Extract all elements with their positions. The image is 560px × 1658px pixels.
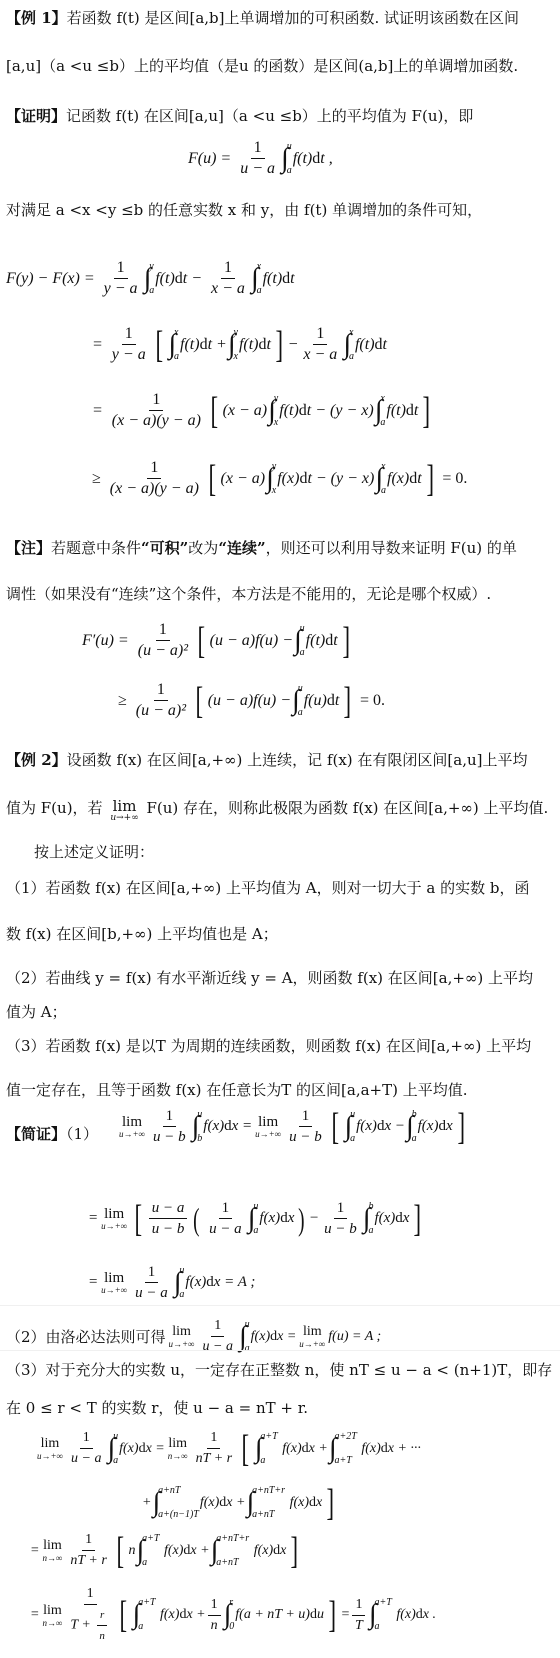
proof1-line2: 对满足 a <x <y ≤b 的任意实数 x 和 y，由 f(t) 单调增加的条… bbox=[6, 200, 482, 220]
note-line2: 调性（如果没有“连续”这个条件，本方法是不能用的，无论是哪个权威）. bbox=[6, 584, 491, 604]
brief-proof-part3-line1: （3）对于充分大的实数 u，一定存在正整数 n，使 nT ≤ u − a < (… bbox=[6, 1360, 552, 1380]
limit-operator: limu→+∞ bbox=[110, 798, 138, 823]
proof-step-2: = 1y − a [∫xaf(t)dt + ∫yxf(t)dt] − 1x − … bbox=[92, 324, 387, 365]
note-derivative-step-1: F′(u) = 1(u − a)² [(u − a)f(u) −∫uaf(t)d… bbox=[82, 620, 354, 661]
example2-item1-line1: （1）若函数 f(x) 在区间[a,+∞) 上平均值为 A，则对一切大于 a 的… bbox=[6, 878, 530, 898]
example2-item2-line1: （2）若曲线 y = f(x) 有水平渐近线 y = A，则函数 f(x) 在区… bbox=[6, 968, 533, 988]
brief-proof-part1-step3: =limu→+∞ 1u − a ∫uaf(x)dx = A ; bbox=[88, 1262, 255, 1303]
example1-line1: 【例 1】若函数 f(t) 是区间[a,b]上单调增加的可积函数. 试证明该函数… bbox=[6, 8, 519, 28]
limit-subscript: u→+∞ bbox=[110, 814, 138, 823]
note-derivative-step-2: ≥ 1(u − a)² [(u − a)f(u) −∫uaf(u)dt] = 0… bbox=[118, 680, 385, 721]
note-text-c: ，则还可以利用导数来证明 F(u) 的单 bbox=[266, 539, 517, 557]
example2-line2: 值为 F(u)，若 limu→+∞ F(u) 存在，则称此极限为函数 f(x) … bbox=[6, 798, 548, 823]
proof1-line1: 【证明】记函数 f(t) 在区间[a,u]（a <u ≤b）上的平均值为 F(u… bbox=[6, 106, 473, 126]
example2-item3-line2: 值一定存在，且等于函数 f(x) 在任意长为T 的区间[a,a+T) 上平均值. bbox=[6, 1080, 468, 1100]
brief-proof-label: 【简证】 bbox=[6, 1125, 66, 1143]
brief-proof-part2-text: （2）由洛必达法则可得 bbox=[6, 1327, 166, 1347]
example2-item3-line1: （3）若函数 f(x) 是以T 为周期的连续函数，则函数 f(x) 在区间[a,… bbox=[6, 1036, 531, 1056]
brief-proof-part1-step1: limu→+∞ 1u − b ∫ubf(x)dx = limu→+∞ 1u − … bbox=[116, 1106, 469, 1147]
example2-text-a: 值为 F(u)，若 bbox=[6, 799, 103, 817]
example1-label: 【例 1】 bbox=[6, 9, 67, 27]
note-line1: 【注】若题意中条件“可积”改为“连续”，则还可以利用导数来证明 F(u) 的单 bbox=[6, 538, 517, 558]
example2-intro: 按上述定义证明： bbox=[34, 842, 154, 862]
example2-line1: 【例 2】设函数 f(x) 在区间[a,+∞) 上连续，记 f(x) 在有限闭区… bbox=[6, 750, 528, 770]
note-keyword-integrable: “可积” bbox=[141, 539, 188, 557]
note-label: 【注】 bbox=[6, 539, 51, 557]
example2-label: 【例 2】 bbox=[6, 751, 67, 769]
brief-proof-part1-step2: =limu→+∞ [u − au − b (1u − a ∫uaf(x)dx) … bbox=[88, 1198, 426, 1239]
brief-proof-part3-step1: limu→+∞ 1u − a ∫uaf(x)dx = limn→∞ 1nT + … bbox=[34, 1428, 421, 1469]
note-keyword-continuous: “连续” bbox=[218, 539, 265, 557]
equation-average-definition: F(u) = 1u − a ∫ua f(t)dt , bbox=[188, 138, 333, 179]
brief-proof-part3-step4: =limn→∞ 1T + rn [∫a+Ta f(x)dx + 1n ∫r0f(… bbox=[30, 1584, 436, 1646]
divider bbox=[0, 1305, 560, 1306]
divider bbox=[0, 1350, 560, 1351]
proof-step-3: = 1(x − a)(y − a) [(x − a)∫yxf(t)dt − (y… bbox=[92, 390, 435, 431]
example2-item1-line2: 数 f(x) 在区间[b,+∞) 上平均值也是 A； bbox=[6, 924, 278, 944]
example2-text: 设函数 f(x) 在区间[a,+∞) 上连续，记 f(x) 在有限闭区间[a,u… bbox=[67, 751, 528, 769]
proof1-text: 记函数 f(t) 在区间[a,u]（a <u ≤b）上的平均值为 F(u)，即 bbox=[66, 107, 473, 125]
proof-step-4: ≥ 1(x − a)(y − a) [(x − a)∫yxf(x)dt − (y… bbox=[92, 458, 467, 499]
example2-item2-line2: 值为 A； bbox=[6, 1002, 67, 1022]
example1-text: 若函数 f(t) 是区间[a,b]上单调增加的可积函数. 试证明该函数在区间 bbox=[67, 9, 519, 27]
example1-line2: [a,u]（a <u ≤b）上的平均值（是u 的函数）是区间(a,b]上的单调增… bbox=[6, 56, 518, 76]
brief-proof-part1-label: （1） bbox=[66, 1125, 98, 1143]
note-text-b: 改为 bbox=[188, 539, 218, 557]
brief-proof-heading: 【简证】（1） bbox=[6, 1124, 98, 1144]
proof1-label: 【证明】 bbox=[6, 107, 66, 125]
brief-proof-part3-step2: +∫a+nTa+(n−1)Tf(x)dx + ∫a+nT+ra+nT f(x)d… bbox=[142, 1484, 339, 1522]
example2-text-b: F(u) 存在，则称此极限为函数 f(x) 在区间[a,+∞) 上平均值. bbox=[147, 799, 549, 817]
brief-proof-part3-step3: =limn→∞ 1nT + r [n∫a+Ta f(x)dx + ∫a+nT+r… bbox=[30, 1530, 303, 1571]
note-text-a: 若题意中条件 bbox=[51, 539, 141, 557]
brief-proof-part3-line2: 在 0 ≤ r < T 的实数 r，使 u − a = nT + r. bbox=[6, 1398, 308, 1418]
proof-step-1: F(y) − F(x) = 1y − a ∫yaf(t)dt − 1x − a … bbox=[6, 258, 295, 299]
